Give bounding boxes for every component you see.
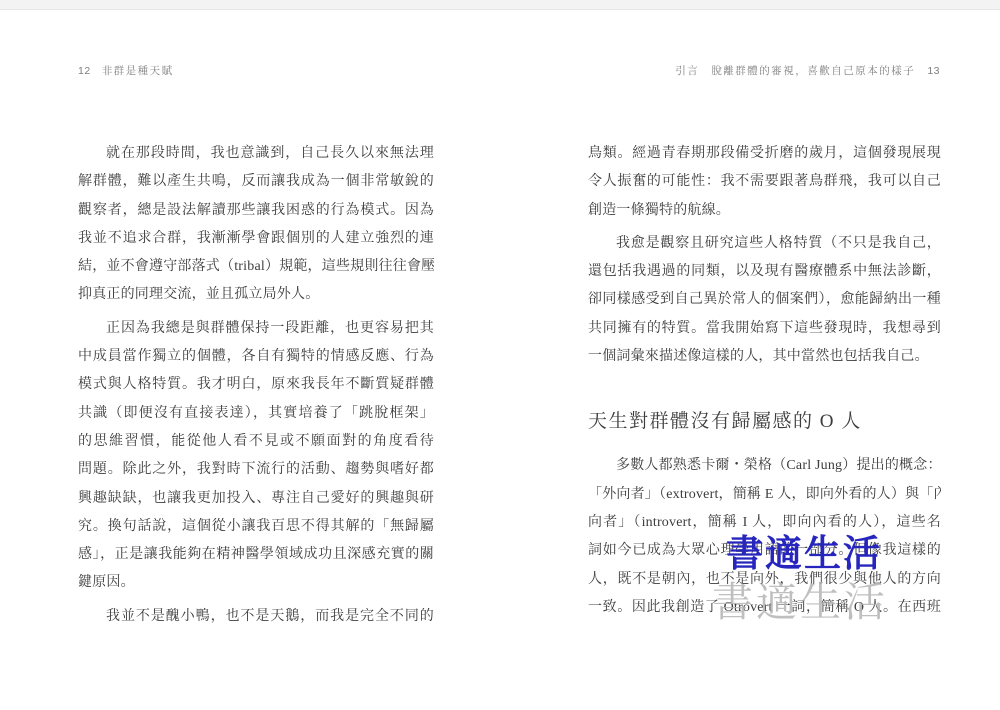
text-line: 模式與人格特質。我才明白，原來我長年不斷質疑群體: [78, 371, 434, 399]
text-line: 解群體，難以產生共鳴，反而讓我成為一個非常敏銳的: [78, 168, 434, 196]
paragraph: 鳥類。經過青春期那段備受折磨的歲月，這個發現展現令人振奮的可能性：我不需要跟著鳥…: [588, 140, 941, 225]
paragraph: 正因為我總是與群體保持一段距離，也更容易把其中成員當作獨立的個體，各自有獨特的情…: [78, 315, 434, 598]
text-line: 就在那段時間，我也意識到，自己長久以來無法理: [78, 140, 434, 168]
right-page-number: 13: [927, 65, 940, 77]
text-line: 還包括我遇過的同類，以及現有醫療體系中無法診斷，: [588, 258, 941, 286]
text-line: 興趣缺缺，也讓我更加投入、專注自己愛好的興趣與研: [78, 485, 434, 513]
paragraph: 我愈是觀察且研究這些人格特質（不只是我自己，還包括我遇過的同類，以及現有醫療體系…: [588, 230, 941, 371]
right-header-section: 引言: [675, 65, 699, 77]
text-line: 「外向者」（extrovert，簡稱 E 人，即向外看的人）與「內: [588, 481, 941, 509]
text-line: 的思維習慣，能從他人看不見或不願面對的角度看待: [78, 428, 434, 456]
text-line: 創造一條獨特的航線。: [588, 197, 941, 225]
text-line: 結，並不會遵守部落式（tribal）規範，這些規則往往會壓: [78, 253, 434, 281]
text-line: 抑真正的同理交流，並且孤立局外人。: [78, 281, 434, 309]
text-line: 卻同樣感受到自己異於常人的個案們），愈能歸納出一種: [588, 286, 941, 314]
text-line: 感」，正是讓我能夠在精神醫學領域成功且深感充實的關: [78, 541, 434, 569]
text-line: 一個詞彙來描述像這樣的人，其中當然也包括我自己。: [588, 343, 941, 371]
section-heading: 天生對群體沒有歸屬感的 O 人: [588, 407, 941, 437]
right-running-header: 引言脫離群體的審視，喜歡自己原本的樣子13: [675, 63, 940, 78]
text-line: 鳥類。經過青春期那段備受折磨的歲月，這個發現展現: [588, 140, 941, 168]
text-line: 問題。除此之外，我對時下流行的活動、趨勢與嗜好都: [78, 456, 434, 484]
text-line: 我並不是醜小鴨，也不是天鵝，而我是完全不同的: [78, 603, 434, 631]
right-running-title: 脫離群體的審視，喜歡自己原本的樣子: [711, 65, 915, 77]
text-line: 鍵原因。: [78, 569, 434, 597]
left-page-body: 就在那段時間，我也意識到，自己長久以來無法理解群體，難以產生共鳴，反而讓我成為一…: [78, 140, 434, 636]
left-running-header: 12非群是種天賦: [78, 63, 174, 78]
text-line: 正因為我總是與群體保持一段距離，也更容易把其: [78, 315, 434, 343]
watermark-secondary: 書適生活: [712, 569, 888, 628]
text-line: 究。換句話說，這個從小讓我百思不得其解的「無歸屬: [78, 513, 434, 541]
scan-top-edge: [0, 0, 1000, 10]
text-line: 中成員當作獨立的個體，各自有獨特的情感反應、行為: [78, 343, 434, 371]
left-page-number: 12: [78, 65, 91, 77]
text-line: 令人振奮的可能性：我不需要跟著鳥群飛，我可以自己: [588, 168, 941, 196]
text-line: 共同擁有的特質。當我開始寫下這些發現時，我想尋到: [588, 315, 941, 343]
text-line: 我愈是觀察且研究這些人格特質（不只是我自己，: [588, 230, 941, 258]
text-line: 多數人都熟悉卡爾・榮格（Carl Jung）提出的概念：: [588, 452, 941, 480]
paragraph: 就在那段時間，我也意識到，自己長久以來無法理解群體，難以產生共鳴，反而讓我成為一…: [78, 140, 434, 310]
paragraph: 我並不是醜小鴨，也不是天鵝，而我是完全不同的: [78, 603, 434, 631]
text-line: 共識（即便沒有直接表達），其實培養了「跳脫框架」: [78, 400, 434, 428]
text-line: 我並不追求合群，我漸漸學會跟個別的人建立強烈的連: [78, 225, 434, 253]
text-line: 觀察者，總是設法解讀那些讓我困惑的行為模式。因為: [78, 197, 434, 225]
left-running-title: 非群是種天賦: [102, 65, 174, 77]
